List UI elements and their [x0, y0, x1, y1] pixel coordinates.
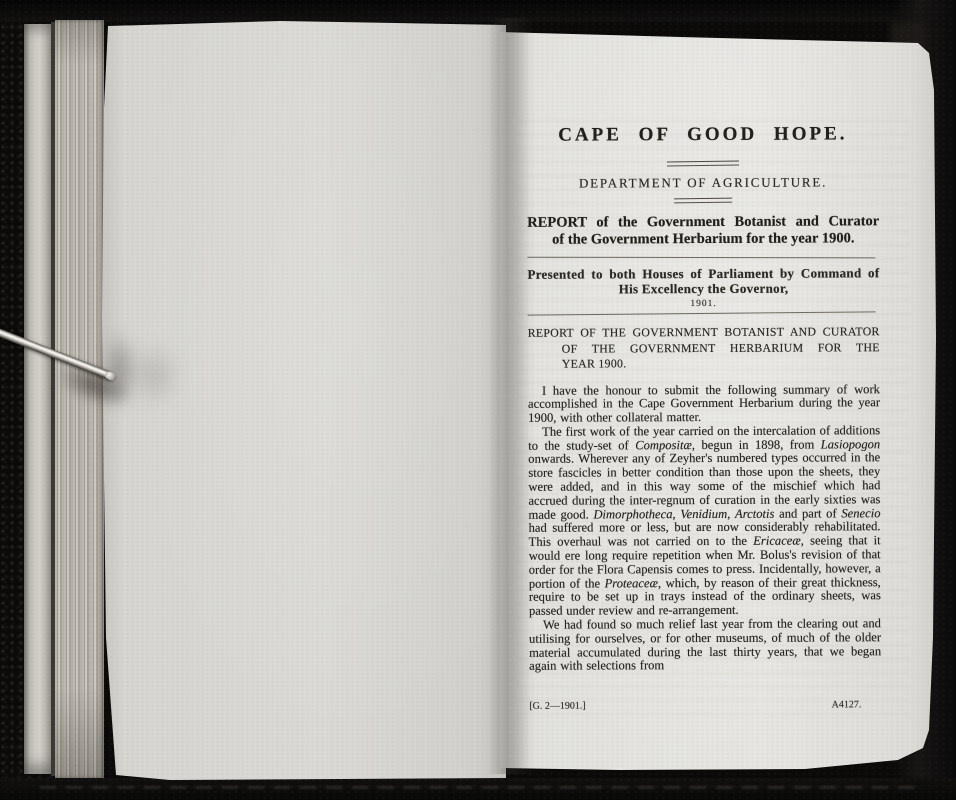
body-paragraphs: I have the honour to submit the followin…	[528, 383, 881, 674]
presentation-notice: Presented to both Houses of Parliament b…	[527, 265, 879, 297]
book-scan-photo: CAPE OF GOOD HOPE. DEPARTMENT OF AGRICUL…	[0, 0, 956, 800]
title-page-content: CAPE OF GOOD HOPE. DEPARTMENT OF AGRICUL…	[526, 27, 881, 771]
page-title: CAPE OF GOOD HOPE.	[527, 123, 879, 147]
presentation-year: 1901.	[528, 298, 880, 310]
presentation-notice-line1: Presented to both Houses of Parliament b…	[527, 265, 879, 282]
report-heading-line1: REPORT of the Government Botanist and Cu…	[527, 213, 879, 232]
printers-code: [G. 2—1901.]	[529, 701, 585, 712]
department-heading: DEPARTMENT OF AGRICULTURE.	[527, 174, 879, 192]
report-heading: REPORT of the Government Botanist and Cu…	[527, 213, 879, 249]
paragraph: We had found so much relief last year fr…	[529, 617, 881, 674]
catalog-number: A4127.	[832, 699, 862, 710]
table-surface-band	[0, 778, 956, 800]
presentation-notice-line2: His Excellency the Governor,	[527, 280, 879, 297]
title-page: CAPE OF GOOD HOPE. DEPARTMENT OF AGRICUL…	[500, 28, 936, 770]
horizontal-rule	[527, 257, 875, 259]
outer-page-edge	[24, 24, 52, 774]
cover-top-edge	[0, 0, 956, 22]
ornamental-rule	[674, 198, 732, 204]
ornamental-rule	[667, 160, 739, 166]
imprint-footer: [G. 2—1901.] A4127.	[529, 699, 881, 712]
section-heading-line2: OF THE GOVERNMENT HERBARIUM FOR THE	[562, 340, 880, 357]
section-heading-line1: REPORT OF THE GOVERNMENT BOTANIST AND CU…	[528, 324, 880, 341]
horizontal-rule	[528, 311, 876, 315]
section-heading-line3: YEAR 1900.	[562, 355, 880, 372]
gutter-shadow	[488, 18, 536, 774]
report-heading-line2: of the Government Herbarium for the year…	[527, 230, 879, 249]
table-surface-line	[40, 786, 920, 789]
paragraph: I have the honour to submit the followin…	[528, 383, 880, 426]
section-heading: REPORT OF THE GOVERNMENT BOTANIST AND CU…	[528, 324, 880, 372]
paragraph: The first work of the year carried on th…	[528, 424, 881, 619]
